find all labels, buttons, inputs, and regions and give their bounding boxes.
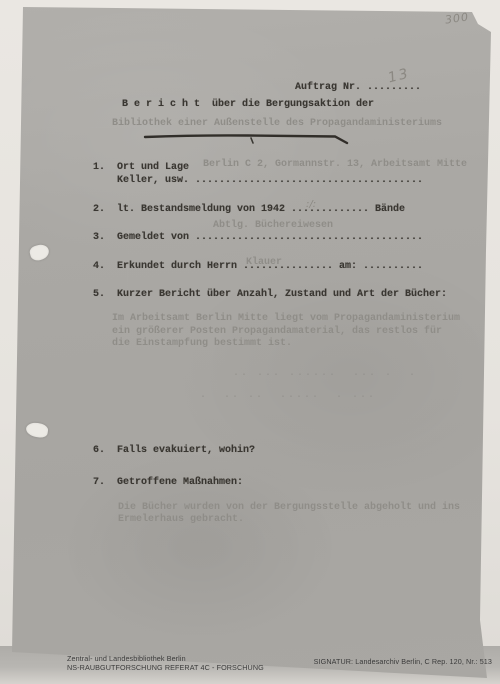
field-1-number: 1. [93, 162, 105, 173]
faint-dot-row-2: . .. .. ..... . ... [200, 390, 376, 401]
field-5-annotation-line2: ein größerer Posten Propagandamaterial, … [112, 326, 442, 337]
field-5-label: Kurzer Bericht über Anzahl, Zustand und … [117, 289, 447, 300]
field-1-label: Ort und Lage [117, 162, 189, 173]
footer-library-line2: NS-RAUBGUTFORSCHUNG REFERAT 4C - FORSCHU… [67, 663, 264, 672]
field-7-annotation-line1: Die Bücher wurden von der Bergungsstelle… [118, 502, 460, 513]
field-2-label: lt. Bestandsmeldung von 1942 ...........… [117, 204, 405, 215]
order-number-label: Auftrag Nr. ......... [295, 82, 421, 93]
field-5-annotation-line1: Im Arbeitsamt Berlin Mitte liegt vom Pro… [112, 313, 460, 324]
document-title: B e r i c h t über die Bergungsaktion de… [122, 99, 374, 110]
field-2-pencil-mark: :/: [306, 199, 316, 210]
field-7-annotation-line2: Ermelerhaus gebracht. [118, 514, 244, 525]
handwritten-page-number: 300 [444, 10, 470, 26]
field-6-label: Falls evakuiert, wohin? [117, 445, 255, 456]
field-2-annotation: Abtlg. Büchereiwesen [213, 220, 333, 231]
field-3-number: 3. [93, 232, 105, 243]
field-1-label-line2: Keller, usw. ...........................… [117, 175, 423, 186]
field-3-label: Gemeldet von ...........................… [117, 232, 423, 243]
field-7-label: Getroffene Maßnahmen: [117, 477, 243, 488]
field-4-annotation: Klauer [246, 257, 282, 268]
punch-hole-bottom [25, 421, 49, 438]
field-5-number: 5. [93, 289, 105, 300]
paper-content: 300 Auftrag Nr. ......... 13 B e r i c h… [0, 0, 500, 684]
document-subtitle-faint: Bibliothek einer Außenstelle des Propaga… [112, 118, 442, 129]
field-1-annotation: Berlin C 2, Gormannstr. 13, Arbeitsamt M… [203, 159, 467, 170]
ink-underline [138, 129, 358, 147]
faint-dot-row-1: .. ... ...... ... . . [233, 368, 417, 379]
field-5-annotation-line3: die Einstampfung bestimmt ist. [112, 338, 292, 349]
footer-signature: SIGNATUR: Landesarchiv Berlin, C Rep. 12… [314, 657, 492, 666]
field-2-number: 2. [93, 204, 105, 215]
field-6-number: 6. [93, 445, 105, 456]
footer-library-line1: Zentral- und Landesbibliothek Berlin [67, 654, 186, 663]
field-7-number: 7. [93, 477, 105, 488]
punch-hole-top [28, 243, 50, 262]
field-4-number: 4. [93, 261, 105, 272]
scanned-document-page: 300 Auftrag Nr. ......... 13 B e r i c h… [0, 0, 500, 684]
